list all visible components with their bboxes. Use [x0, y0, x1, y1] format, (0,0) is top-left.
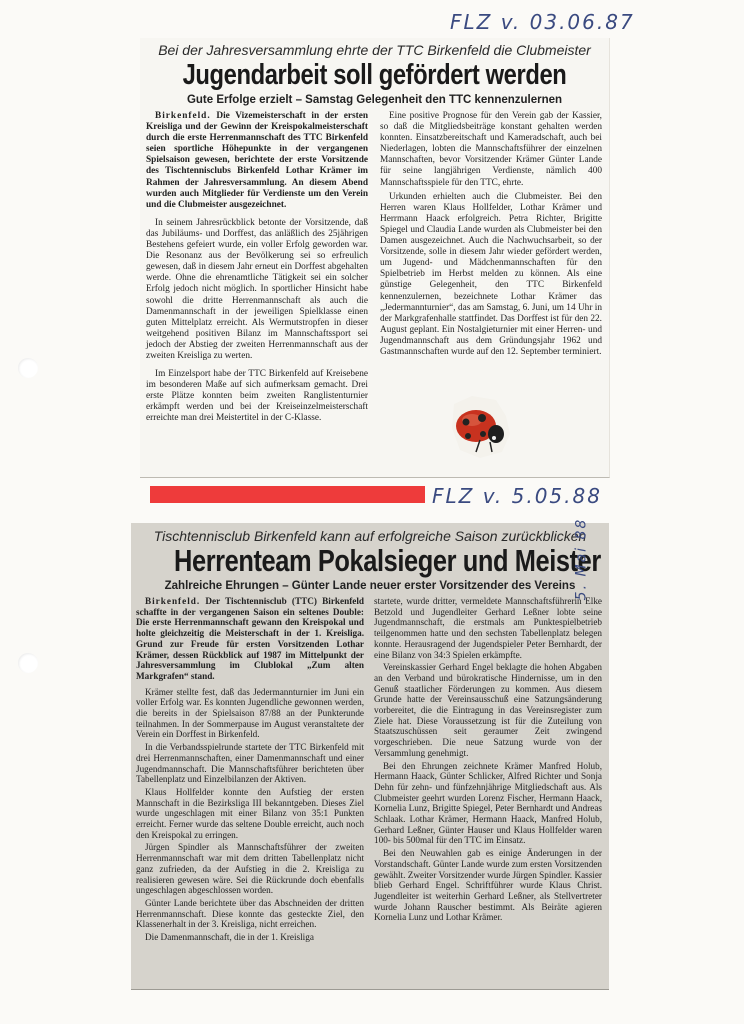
paragraph: startete, wurde dritter, vermeldete Mann…: [374, 596, 602, 660]
paragraph: In die Verbandsspielrunde startete der T…: [136, 742, 364, 785]
article2-col2: startete, wurde dritter, vermeldete Mann…: [374, 596, 602, 943]
paragraph: Die Damenmannschaft, die in der 1. Kreis…: [136, 932, 364, 943]
article2-headline: Herrenteam Pokalsieger und Meister: [174, 544, 566, 578]
red-highlight-bar: [150, 486, 425, 503]
paragraph: In seinem Jahresrückblick betonte der Vo…: [146, 218, 368, 362]
article2-kicker: Tischtennisclub Birkenfeld kann auf erfo…: [131, 528, 609, 544]
article1-col1: Birkenfeld. Die Vizemeisterschaft in der…: [146, 111, 368, 432]
article2-subhead: Zahlreiche Ehrungen – Günter Lande neuer…: [131, 580, 609, 592]
article2-col1: Birkenfeld. Der Tischtennisclub (TTC) Bi…: [136, 596, 364, 943]
dateline: Birkenfeld.: [145, 596, 200, 606]
article2-lead: Birkenfeld. Der Tischtennisclub (TTC) Bi…: [136, 596, 364, 682]
paragraph: Der Tischtennisclub (TTC) Birkenfeld sch…: [136, 596, 364, 681]
article1-headline: Jugendarbeit soll gefördert werden: [182, 59, 567, 91]
paragraph: Urkunden erhielten auch die Clubmeister.…: [380, 192, 602, 358]
dateline: Birkenfeld.: [155, 111, 211, 121]
paragraph: Klaus Hollfelder konnte den Aufstieg der…: [136, 787, 364, 841]
article1-body: Birkenfeld. Die Vizemeisterschaft in der…: [146, 111, 602, 432]
article2-body: Birkenfeld. Der Tischtennisclub (TTC) Bi…: [136, 596, 602, 943]
clipping-2: Tischtennisclub Birkenfeld kann auf erfo…: [131, 523, 609, 990]
handwritten-date-bottom: FLZ v. 5.05.88: [432, 484, 602, 508]
clipping-1: Bei der Jahresversammlung ehrte der TTC …: [140, 38, 610, 478]
paragraph: Vereinskassier Gerhard Engel beklagte di…: [374, 662, 602, 758]
article1-kicker: Bei der Jahresversammlung ehrte der TTC …: [140, 42, 609, 58]
article1-lead: Birkenfeld. Die Vizemeisterschaft in der…: [146, 111, 368, 211]
paragraph: Günter Lande berichtete über das Abschne…: [136, 898, 364, 930]
handwritten-date-top: FLZ v. 03.06.87: [450, 10, 635, 34]
paragraph: Krämer stellte fest, daß das Jedermanntu…: [136, 687, 364, 741]
paragraph: Eine positive Prognose für den Verein ga…: [380, 111, 602, 189]
punch-hole-top: [18, 358, 38, 378]
paragraph: Bei den Ehrungen zeichnete Krämer Manfre…: [374, 761, 602, 847]
ladybug-image: [450, 394, 512, 460]
paragraph: Jürgen Spindler als Mannschaftsführer de…: [136, 842, 364, 896]
paragraph: Die Vizemeisterschaft in der ersten Krei…: [146, 111, 368, 210]
paragraph: Im Einzelsport habe der TTC Birkenfeld a…: [146, 369, 368, 424]
paragraph: Bei den Neuwahlen gab es einige Änderung…: [374, 848, 602, 923]
punch-hole-bottom: [18, 653, 38, 673]
article1-subhead: Gute Erfolge erzielt – Samstag Gelegenhe…: [140, 94, 609, 106]
handwritten-side-note: 5. Mai 88: [574, 518, 590, 601]
article1-col2: Eine positive Prognose für den Verein ga…: [380, 111, 602, 432]
